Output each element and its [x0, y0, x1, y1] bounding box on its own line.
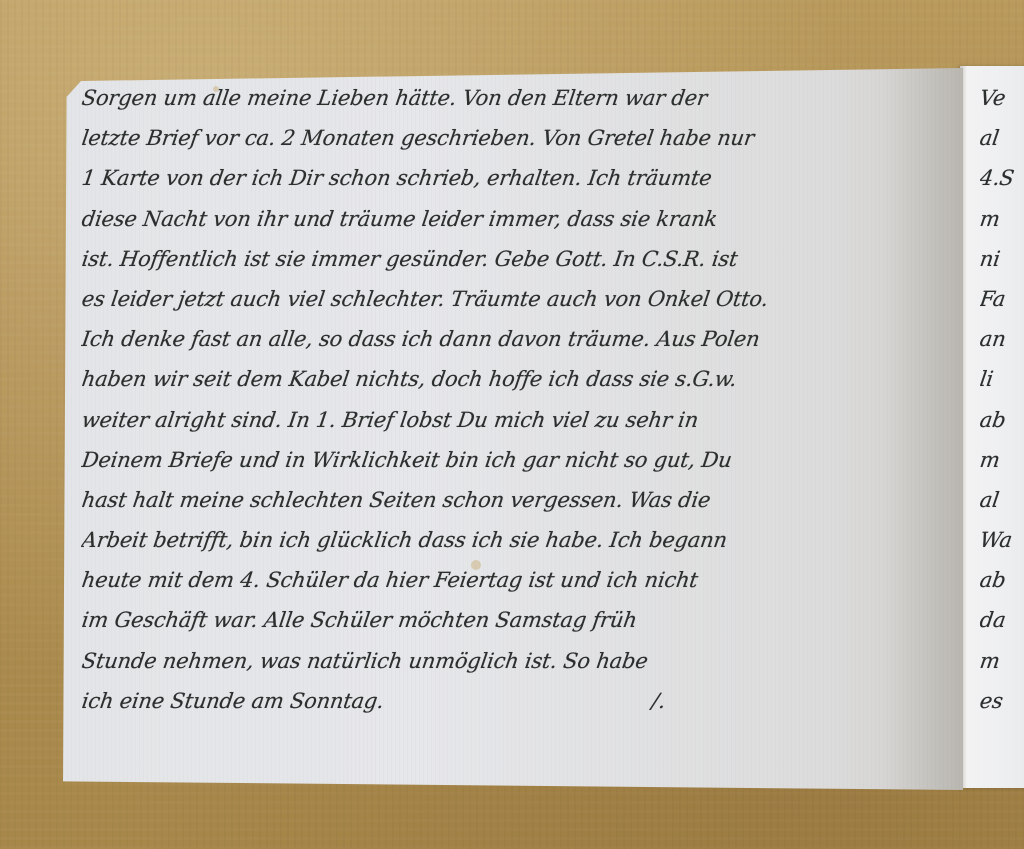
second-page-fragment: m	[980, 440, 1024, 480]
second-page-fragment: Fa	[980, 279, 1024, 319]
letter-line: Arbeit betrifft, bin ich glücklich dass …	[79, 520, 965, 560]
second-page-fragment: es	[980, 681, 1024, 721]
letter-line-text: ich eine Stunde am Sonntag.	[80, 689, 385, 713]
second-page-text: Ve al 4.S m ni Fa an li ab m al Wa ab da…	[980, 78, 1024, 721]
second-page-fragment: al	[980, 480, 1024, 520]
letter-line: es leider jetzt auch viel schlechter. Tr…	[79, 279, 965, 319]
letter-line: haben wir seit dem Kabel nichts, doch ho…	[79, 359, 965, 399]
second-page-fragment: an	[980, 319, 1024, 359]
second-page-fragment: da	[980, 600, 1024, 640]
letter-line: weiter alright sind. In 1. Brief lobst D…	[79, 400, 965, 440]
second-page-fragment: Ve	[980, 78, 1024, 118]
letter-line: hast halt meine schlechten Seiten schon …	[79, 480, 965, 520]
letter-line: ist. Hoffentlich ist sie immer gesünder.…	[79, 239, 965, 279]
letter-text: Sorgen um alle meine Lieben hätte. Von d…	[82, 78, 962, 721]
letter-line: Deinem Briefe und in Wirklichkeit bin ic…	[79, 440, 965, 480]
second-page-fragment: al	[980, 118, 1024, 158]
second-page-fragment: m	[980, 641, 1024, 681]
second-page-fragment: 4.S	[980, 158, 1024, 198]
letter-line: ich eine Stunde am Sonntag. /.	[79, 681, 965, 721]
letter-line: 1 Karte von der ich Dir schon schrieb, e…	[79, 158, 965, 198]
second-page-fragment: ni	[980, 239, 1024, 279]
letter-line: Sorgen um alle meine Lieben hätte. Von d…	[79, 78, 965, 118]
letter-line: heute mit dem 4. Schüler da hier Feierta…	[79, 560, 965, 600]
second-page-fragment: ab	[980, 560, 1024, 600]
letter-line: letzte Brief vor ca. 2 Monaten geschrieb…	[79, 118, 965, 158]
letter-line: im Geschäft war. Alle Schüler möchten Sa…	[79, 600, 965, 640]
letter-line: Stunde nehmen, was natürlich unmöglich i…	[79, 641, 965, 681]
second-page-fragment: ab	[980, 400, 1024, 440]
letter-line: Ich denke fast an alle, so dass ich dann…	[79, 319, 965, 359]
page-mark: /.	[649, 681, 668, 721]
second-page-fragment: m	[980, 199, 1024, 239]
letter-line: diese Nacht von ihr und träume leider im…	[79, 199, 965, 239]
second-page-fragment: li	[980, 359, 1024, 399]
second-page-fragment: Wa	[980, 520, 1024, 560]
